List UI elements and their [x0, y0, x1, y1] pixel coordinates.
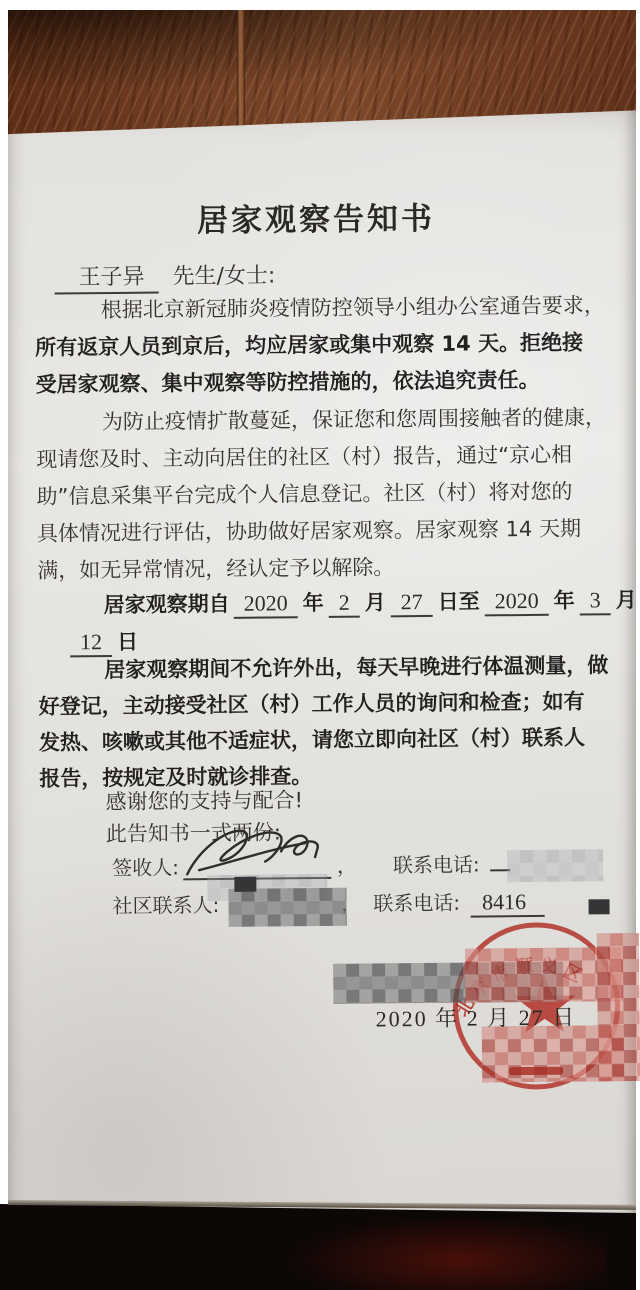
paragraph-2-line: 具体情况进行评估，协助做好居家观察。居家观察 14 天期 — [37, 510, 625, 553]
redaction-block — [589, 899, 610, 914]
paragraph-2-line: 为防止疫情扩散蔓延，保证您和您周围接触者的健康， — [36, 399, 624, 442]
dark-table-area — [0, 1198, 636, 1290]
document-title: 居家观察告知书 — [0, 191, 636, 242]
month-label: 月 — [365, 590, 386, 614]
document-photo: 居家观察告知书 王子异先生/女士: 根据北京新冠肺炎疫情防控领导小组办公室通告要… — [0, 0, 640, 1290]
phone-label: 联系电话: — [373, 891, 460, 916]
period-start-day: 27 — [391, 589, 433, 617]
paragraph-1-line: 受居家观察、集中观察等防控措施的，依法追究责任。 — [35, 361, 623, 404]
paragraph-1-line: 根据北京新冠肺炎疫情防控领导小组办公室通告要求， — [35, 287, 623, 330]
community-phone-prefix: 8416 — [470, 889, 544, 918]
addressee-name: 王子异 — [54, 265, 158, 295]
paragraph-4-line: 居家观察期间不允许外出，每天早晚进行体温测量，做 — [38, 647, 626, 689]
period-prefix: 居家观察期自 — [38, 592, 230, 618]
community-contact-label: 社区联系人: — [112, 893, 219, 918]
redaction-mosaic — [507, 849, 603, 882]
paragraph-4-line: 好登记，主动接受社区（村）工作人员的询问和检查；如有 — [38, 683, 626, 725]
paragraph-2: 为防止疫情扩散蔓延，保证您和您周围接触者的健康， 现请您及时、主动向居住的社区（… — [36, 399, 626, 590]
paragraph-4: 居家观察期间不允许外出，每天早晚进行体温测量，做 好登记，主动接受社区（村）工作… — [38, 647, 627, 797]
year-label: 年 — [303, 591, 324, 615]
period-start-month: 2 — [329, 590, 360, 618]
thanks-line: 感谢您的支持与配合! — [105, 784, 303, 816]
notice-document: 居家观察告知书 王子异先生/女士: 根据北京新冠肺炎疫情防控领导小组办公室通告要… — [0, 0, 640, 1290]
addressee-suffix: 先生/女士: — [172, 263, 275, 289]
paragraph-2-line: 满，如无异常情况，经认定予以解除。 — [37, 547, 625, 590]
paragraph-1-line: 所有返京人员到京后，均应居家或集中观察 14 天。拒绝接 — [35, 324, 623, 367]
recipient-label: 签收人: — [112, 855, 179, 880]
redaction-block — [234, 877, 256, 892]
paragraph-2-line: 助”信息采集平台完成个人信息登记。社区（村）将对您的 — [36, 473, 624, 516]
day-label: 日 — [117, 630, 138, 654]
phone-label: 联系电话: — [393, 852, 480, 877]
redaction-mosaic — [228, 888, 346, 927]
observation-period-line: 居家观察期自2020年2月27日至2020年3月 — [38, 584, 640, 620]
paragraph-2-line: 现请您及时、主动向居住的社区（村）报告，通过“京心相 — [36, 436, 624, 479]
dark-red-reflection — [280, 1216, 606, 1290]
year-label: 年 — [554, 589, 575, 613]
seal-bottom-arc — [509, 1067, 563, 1076]
paragraph-1: 根据北京新冠肺炎疫情防控领导小组办公室通告要求， 所有返京人员到京后，均应居家或… — [35, 287, 624, 404]
day-to-label: 日至 — [438, 589, 480, 613]
addressee-line: 王子异先生/女士: — [54, 258, 275, 291]
issue-date: 2020 年 2 月 27 日 — [375, 1001, 576, 1034]
period-end-year: 2020 — [485, 588, 549, 617]
month-label: 月 — [616, 588, 637, 612]
paragraph-4-line: 发热、咳嗽或其他不适症状，请您立即向社区（村）联系人 — [39, 719, 627, 761]
period-start-year: 2020 — [234, 590, 298, 619]
period-end-month: 3 — [580, 587, 611, 615]
